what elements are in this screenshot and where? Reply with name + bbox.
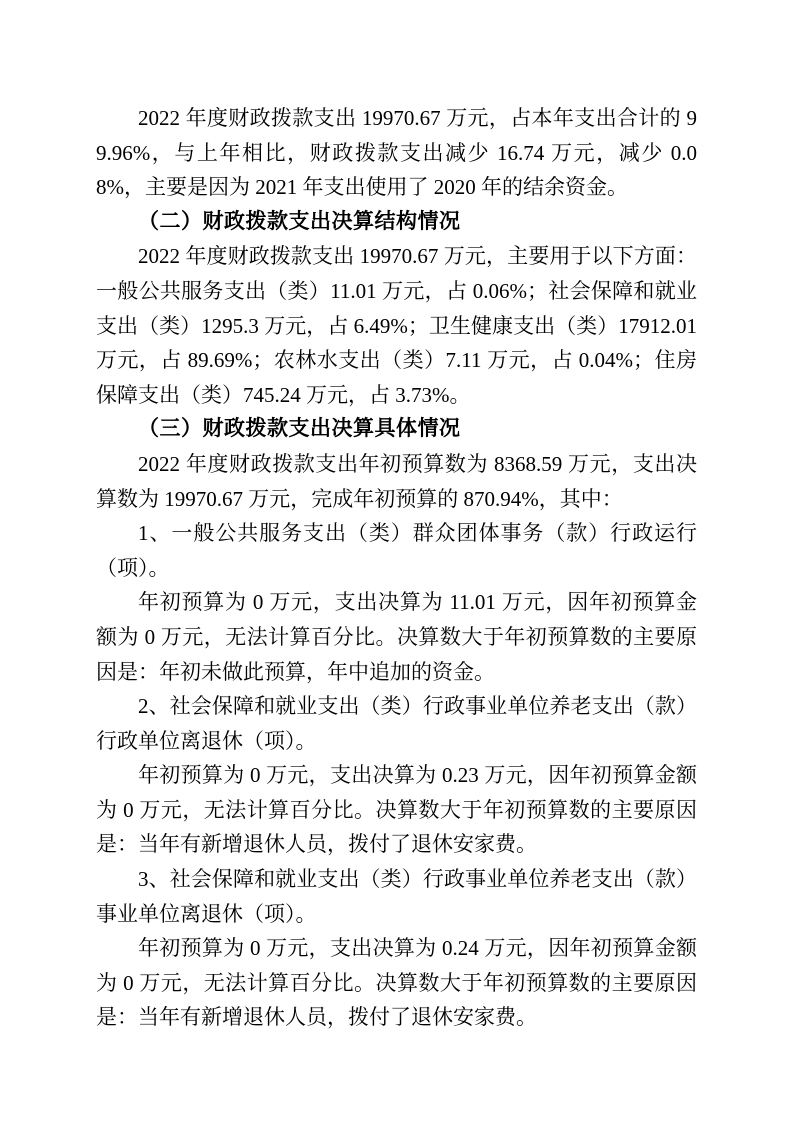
paragraph-item-1-detail: 年初预算为 0 万元，支出决算为 11.01 万元，因年初预算金额为 0 万元，…	[96, 585, 697, 689]
paragraph-item-1-title: 1、一般公共服务支出（类）群众团体事务（款）行政运行（项）。	[96, 516, 697, 585]
paragraph-item-3-detail: 年初预算为 0 万元，支出决算为 0.24 万元，因年初预算金额为 0 万元，无…	[96, 931, 697, 1035]
section-heading-expenditure-structure: （二）财政拨款支出决算结构情况	[96, 205, 697, 240]
section-heading-expenditure-details: （三）财政拨款支出决算具体情况	[96, 412, 697, 447]
paragraph-item-3-title: 3、社会保障和就业支出（类）行政事业单位养老支出（款）事业单位离退休（项）。	[96, 862, 697, 931]
paragraph-item-2-detail: 年初预算为 0 万元，支出决算为 0.23 万元，因年初预算金额为 0 万元，无…	[96, 758, 697, 862]
paragraph-item-2-title: 2、社会保障和就业支出（类）行政事业单位养老支出（款）行政单位离退休（项）。	[96, 689, 697, 758]
paragraph-fiscal-expenditure-overview: 2022 年度财政拨款支出 19970.67 万元，占本年支出合计的 99.96…	[96, 101, 697, 205]
paragraph-expenditure-structure-breakdown: 2022 年度财政拨款支出 19970.67 万元，主要用于以下方面：一般公共服…	[96, 239, 697, 412]
paragraph-budget-vs-final-summary: 2022 年度财政拨款支出年初预算数为 8368.59 万元，支出决算数为 19…	[96, 447, 697, 516]
document-page: 2022 年度财政拨款支出 19970.67 万元，占本年支出合计的 99.96…	[0, 0, 793, 1122]
